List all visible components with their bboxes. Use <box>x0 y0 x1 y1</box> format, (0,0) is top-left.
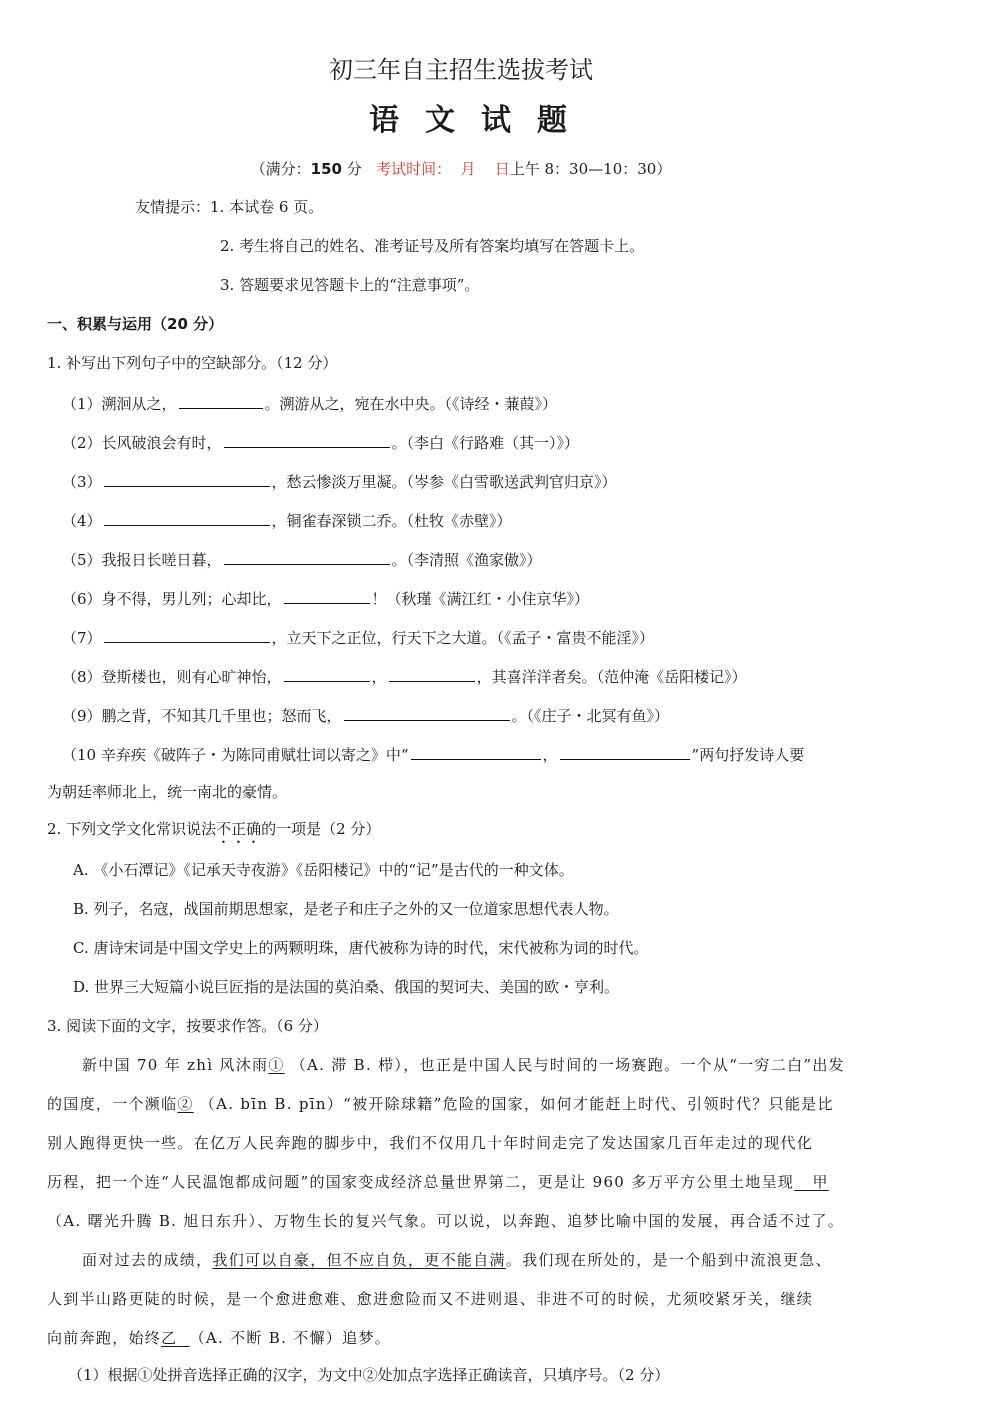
blank-marker-yi: 乙 <box>161 1329 189 1347</box>
stem-text: 的一项是（2 分） <box>261 820 380 838</box>
answer-blank[interactable] <box>344 704 510 721</box>
answer-blank[interactable] <box>104 509 270 526</box>
passage-line: 新中国 70 年 zhì 风沐雨① （A. 滞 B. 栉），也正是中国人民与时间… <box>82 1055 845 1075</box>
item-text: 。（《庄子・北冥有鱼》） <box>512 707 670 725</box>
passage-line: 向前奔跑，始终乙 （A. 不断 B. 不懈）追梦。 <box>47 1328 391 1348</box>
item-text: （3） <box>62 473 102 491</box>
passage-text: 向前奔跑，始终 <box>47 1329 161 1347</box>
item-text: ！（秋瑾《满江红・小住京华》） <box>372 590 590 608</box>
passage-line: 面对过去的成绩，我们可以自豪，但不应自负，更不能自满。我们现在所处的，是一个船到… <box>82 1250 832 1270</box>
q2-option-b: B. 列子，名寇，战国前期思想家，是老子和庄子之外的又一位道家思想代表人物。 <box>73 899 619 919</box>
answer-blank[interactable] <box>179 392 263 409</box>
item-text: （2）长风破浪会有时， <box>62 434 222 452</box>
answer-blank[interactable] <box>104 626 270 643</box>
item-text: （5）我报日长嗟日暮， <box>62 551 222 569</box>
tips-label: 友情提示： <box>135 198 210 216</box>
q2-option-d: D. 世界三大短篇小说巨匠指的是法国的莫泊桑、俄国的契诃夫、美国的欧・亨利。 <box>73 977 619 997</box>
item-text: （9）鹏之背，不知其几千里也；怒而飞， <box>62 707 342 725</box>
q1-item-9: （9）鹏之背，不知其几千里也；怒而飞，。（《庄子・北冥有鱼》） <box>62 704 669 726</box>
tip-item: 3. 答题要求见答题卡上的“注意事项”。 <box>220 275 479 295</box>
passage-text: （A. 滞 B. 栉），也正是中国人民与时间的一场赛跑。一个从“一穷二白”出发 <box>291 1056 845 1074</box>
item-text: ， <box>372 668 387 686</box>
item-text: ，立天下之正位，行天下之大道。（《孟子・富贵不能淫》） <box>272 629 655 647</box>
q1-item-8: （8）登斯楼也，则有心旷神怡，，，其喜洋洋者矣。（范仲淹《岳阳楼记》） <box>62 665 747 687</box>
passage-line: 的国度，一个濒临② （A. bīn B. pīn）“被开除球籍”危险的国家，如何… <box>47 1094 834 1114</box>
answer-blank[interactable] <box>411 743 541 760</box>
full-marks-value: 150 <box>311 160 342 178</box>
answer-blank[interactable] <box>284 665 370 682</box>
answer-blank[interactable] <box>389 665 475 682</box>
passage-text: 。我们现在所处的，是一个船到中流浪更急、 <box>506 1251 832 1269</box>
question-2-stem: 2. 下列文学文化常识说法不正确的一项是（2 分） <box>47 819 380 847</box>
answer-blank[interactable] <box>560 743 690 760</box>
passage-text: 历程，把一个连“人民温饱都成问题”的国家变成经济总量世界第二，更是让 960 多… <box>47 1173 794 1191</box>
q2-option-c: C. 唐诗宋词是中国文学史上的两颗明珠，唐代被称为诗的时代，宋代被称为词的时代。 <box>73 938 648 958</box>
exam-name: 初三年自主招生选拔考试 <box>0 55 922 85</box>
item-text: （7） <box>62 629 102 647</box>
tips-line-1: 友情提示：1. 本试卷 6 页。 <box>135 197 323 217</box>
item-text: （10 辛弃疾《破阵子・为陈同甫赋壮词以寄之》中“ <box>62 746 409 764</box>
blank-marker-jia: 甲 <box>794 1173 829 1191</box>
marker-text: 甲 <box>812 1173 828 1191</box>
question-1-stem: 1. 补写出下列句子中的空缺部分。（12 分） <box>47 353 337 373</box>
item-text: ，愁云惨淡万里凝。（岑参《白雪歌送武判官归京》） <box>272 473 617 491</box>
item-text: ”两句抒发诗人要 <box>692 746 805 764</box>
emphasized-text: 不正确 <box>216 820 261 838</box>
passage-text: 新中国 70 年 zhì 风沐雨 <box>82 1056 268 1074</box>
full-marks-label: （满分： <box>251 160 311 178</box>
blank-marker-1: ① <box>268 1056 284 1074</box>
section-title: 一、积累与运用（20 分） <box>47 314 223 334</box>
item-text: （6）身不得，男儿列；心却比， <box>62 590 282 608</box>
passage-text: （A. 不断 B. 不懈）追梦。 <box>190 1329 392 1347</box>
q2-option-a: A. 《小石潭记》《记承天寺夜游》《岳阳楼记》中的“记”是古代的一种文体。 <box>73 860 574 880</box>
full-marks-unit: 分 <box>342 160 362 178</box>
passage-text: （A. bīn B. pīn）“被开除球籍”危险的国家，如何才能赶上时代、引领时… <box>200 1095 834 1113</box>
passage-line: 人到半山路更陡的时候，是一个愈进愈难、愈进愈险而又不进则退、非进不可的时候，尤须… <box>47 1289 813 1309</box>
passage-line: 历程，把一个连“人民温饱都成问题”的国家变成经济总量世界第二，更是让 960 多… <box>47 1172 829 1192</box>
stem-text: 2. 下列文学文化常识说法 <box>47 820 216 838</box>
passage-line: （A. 曙光升腾 B. 旭日东升）、万物生长的复兴气象。可以说，以奔跑、追梦比喻… <box>47 1211 844 1231</box>
q1-item-1: （1）溯洄从之，。溯游从之，宛在水中央。（《诗经・蒹葭》） <box>62 392 557 414</box>
exam-month: 月 <box>461 160 476 178</box>
q1-item-6: （6）身不得，男儿列；心却比，！（秋瑾《满江红・小住京华》） <box>62 587 589 609</box>
tip-item: 1. 本试卷 6 页。 <box>210 198 323 216</box>
passage-text: 面对过去的成绩， <box>82 1251 212 1269</box>
q1-item-4: （4），铜雀春深锁二乔。（杜牧《赤壁》） <box>62 509 512 531</box>
item-text: 。溯游从之，宛在水中央。（《诗经・蒹葭》） <box>265 395 558 413</box>
q1-item-10-cont: 为朝廷率师北上，统一南北的豪情。 <box>47 782 287 802</box>
item-text: 。（李白《行路难（其一）》） <box>392 434 580 452</box>
item-text: ， <box>543 746 558 764</box>
subject-title: 语文试题 <box>0 103 942 139</box>
exam-time-value: 上午 8：30—10：30） <box>510 160 672 178</box>
q1-item-3: （3），愁云惨淡万里凝。（岑参《白雪歌送武判官归京》） <box>62 470 617 492</box>
answer-blank[interactable] <box>224 548 390 565</box>
tip-item: 2. 考生将自己的姓名、准考证号及所有答案均填写在答题卡上。 <box>220 236 644 256</box>
marker-text: 乙 <box>161 1329 177 1347</box>
exam-time-label: 考试时间： <box>376 160 451 178</box>
passage-text: 的国度，一个濒临 <box>47 1095 177 1113</box>
exam-day: 日 <box>495 160 510 178</box>
blank-marker-2: ② <box>177 1095 193 1113</box>
q1-item-2: （2）长风破浪会有时，。（李白《行路难（其一）》） <box>62 431 579 453</box>
item-text: （4） <box>62 512 102 530</box>
q1-item-10: （10 辛弃疾《破阵子・为陈同甫赋壮词以寄之》中“，”两句抒发诗人要 <box>62 743 804 765</box>
item-text: 。（李清照《渔家傲》） <box>392 551 542 569</box>
item-text: ，其喜洋洋者矣。（范仲淹《岳阳楼记》） <box>477 668 747 686</box>
item-text: （8）登斯楼也，则有心旷神怡， <box>62 668 282 686</box>
answer-blank[interactable] <box>224 431 390 448</box>
underlined-sentence: 我们可以自豪，但不应自负，更不能自满 <box>212 1251 505 1269</box>
answer-blank[interactable] <box>104 470 270 487</box>
q3-sub-question-1: （1）根据①处拼音选择正确的汉字，为文中②处加点字选择正确读音，只填序号。（2 … <box>68 1365 669 1385</box>
passage-line: 别人跑得更快一些。在亿万人民奔跑的脚步中，我们不仅用几十年时间走完了发达国家几百… <box>47 1133 813 1153</box>
answer-blank[interactable] <box>284 587 370 604</box>
q1-item-5: （5）我报日长嗟日暮，。（李清照《渔家傲》） <box>62 548 542 570</box>
item-text: ，铜雀春深锁二乔。（杜牧《赤壁》） <box>272 512 512 530</box>
exam-info: （满分：150 分 考试时间： 月 日上午 8：30—10：30） <box>0 158 922 179</box>
question-3-stem: 3. 阅读下面的文字，按要求作答。（6 分） <box>47 1016 328 1036</box>
item-text: （1）溯洄从之， <box>62 395 177 413</box>
q1-item-7: （7），立天下之正位，行天下之大道。（《孟子・富贵不能淫》） <box>62 626 654 648</box>
